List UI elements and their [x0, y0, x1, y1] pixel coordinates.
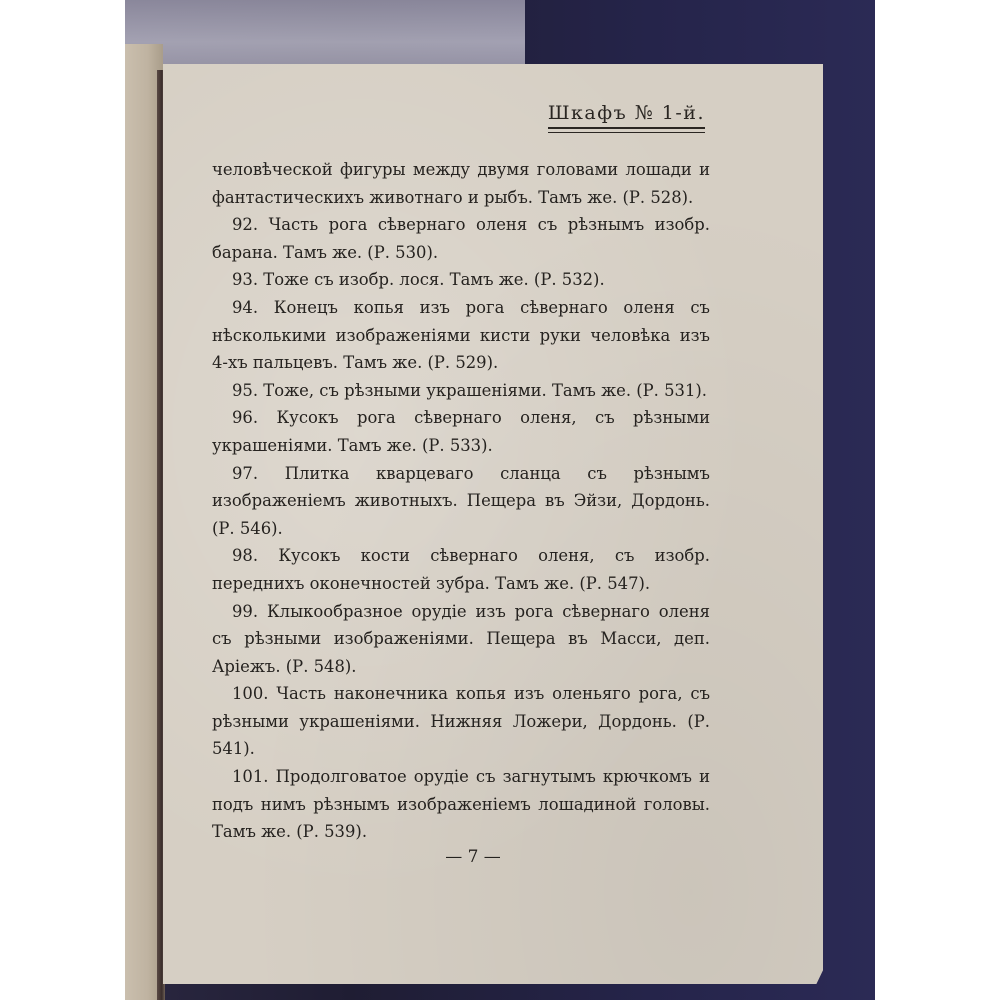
entry-text: Конецъ копья изъ рога сѣвернаго оленя съ… [212, 298, 710, 372]
page-number: — 7 — [423, 847, 523, 867]
catalog-entry: человѣческой фигуры между двумя головами… [212, 156, 710, 211]
book-photo: Шкафъ № 1-й. человѣческой фигуры между д… [125, 0, 875, 1000]
entry-number: 99. [232, 602, 258, 621]
entry-text: Кусокъ рога сѣвернаго оленя, съ рѣзными … [212, 408, 710, 455]
catalog-entry: 98. Кусокъ кости сѣвернаго оленя, съ изо… [212, 542, 710, 597]
entry-text: Тоже, съ рѣзными украшеніями. Тамъ же. (… [263, 381, 707, 400]
catalog-entry: 93. Тоже съ изобр. лося. Тамъ же. (Р. 53… [212, 266, 710, 294]
entry-number: 92. [232, 215, 258, 234]
entry-text: Часть рога сѣвернаго оленя съ рѣзнымъ из… [212, 215, 710, 262]
catalog-entry: 96. Кусокъ рога сѣвернаго оленя, съ рѣзн… [212, 404, 710, 459]
catalog-entry: 95. Тоже, съ рѣзными украшеніями. Тамъ ж… [212, 377, 710, 405]
entry-number: 94. [232, 298, 258, 317]
catalog-entry: 100. Часть наконечника копья изъ оленьяг… [212, 680, 710, 763]
entry-number: 98. [232, 546, 258, 565]
running-head: Шкафъ № 1-й. [548, 102, 705, 129]
entry-text: Клыкообразное орудіе изъ рога сѣвернаго … [212, 602, 710, 676]
catalog-entry: 99. Клыкообразное орудіе изъ рога сѣверн… [212, 598, 710, 681]
entry-text: человѣческой фигуры между двумя головами… [212, 160, 710, 207]
catalog-entry: 101. Продолговатое орудіе съ загнутымъ к… [212, 763, 710, 846]
page-body: человѣческой фигуры между двумя головами… [212, 156, 710, 846]
entry-number: 100. [232, 684, 269, 703]
entry-number: 101. [232, 767, 269, 786]
entry-text: Продолговатое орудіе съ загнутымъ крючко… [212, 767, 710, 841]
entry-text: Тоже съ изобр. лося. Тамъ же. (Р. 532). [263, 270, 604, 289]
catalog-entry: 97. Плитка кварцеваго сланца съ рѣзнымъ … [212, 460, 710, 543]
book-page: Шкафъ № 1-й. человѣческой фигуры между д… [163, 64, 823, 984]
entry-text: Плитка кварцеваго сланца съ рѣзнымъ изоб… [212, 464, 710, 538]
entry-text: Кусокъ кости сѣвернаго оленя, съ изобр. … [212, 546, 710, 593]
entry-number: 97. [232, 464, 258, 483]
entry-number: 93. [232, 270, 258, 289]
entry-number: 95. [232, 381, 258, 400]
catalog-entry: 92. Часть рога сѣвернаго оленя съ рѣзным… [212, 211, 710, 266]
entry-number: 96. [232, 408, 258, 427]
entry-text: Часть наконечника копья изъ оленьяго рог… [212, 684, 710, 758]
catalog-entry: 94. Конецъ копья изъ рога сѣвернаго олен… [212, 294, 710, 377]
